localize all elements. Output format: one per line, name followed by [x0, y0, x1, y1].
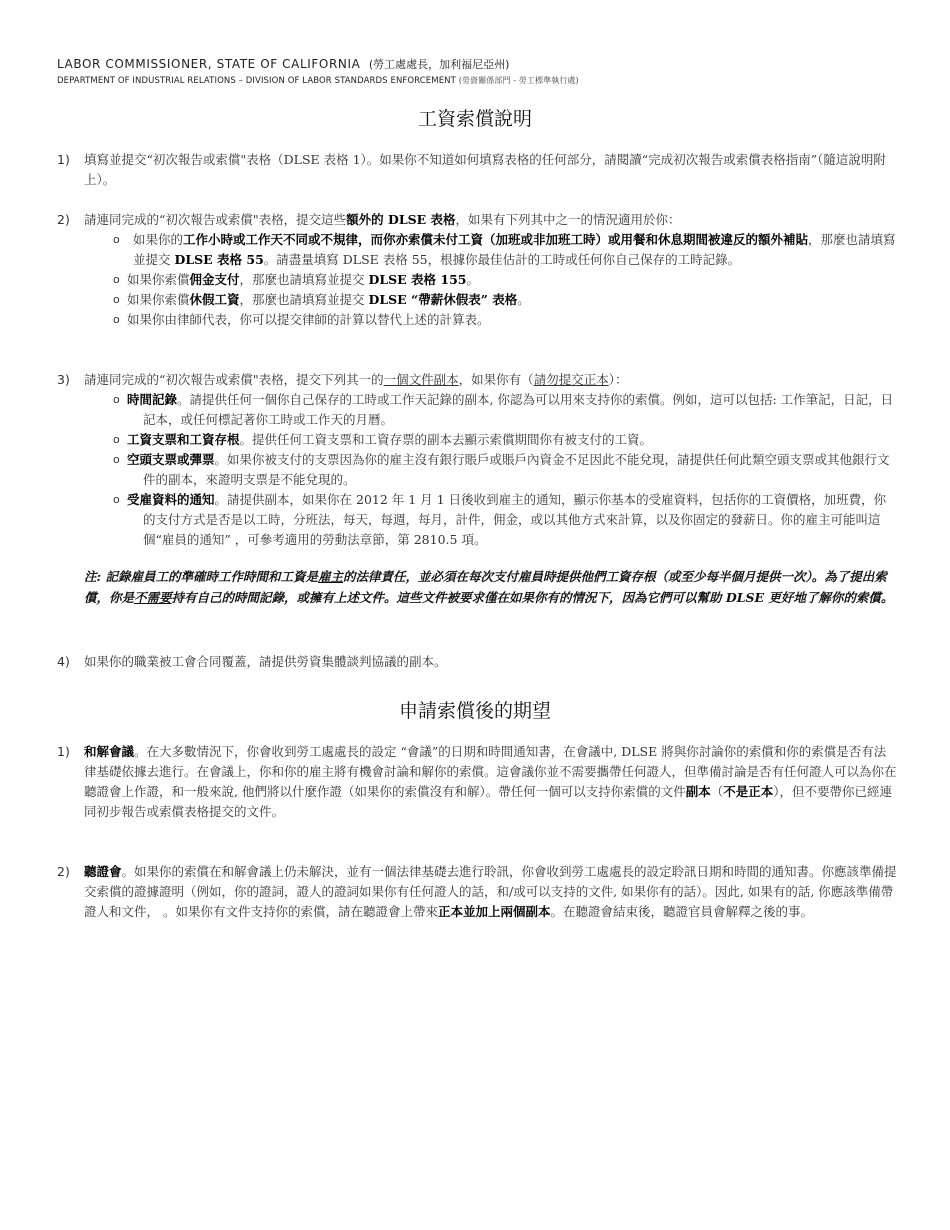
item-heading: 聽證會	[84, 864, 122, 879]
text-run: 請連同完成的“初次報告或索償"表格，提交下列其一的	[84, 372, 384, 387]
item-text: 和解會議。在大多數情況下，你會收到勞工處處長的設定 “會議”的日期和時間通知書，…	[84, 742, 897, 822]
text-run: 。在聽證會結束後，聽證官員會解釋之後的事。	[551, 904, 814, 919]
text-run: 。提供任何工資支票和工資存票的副本去顯示索償期間你有被支付的工資。	[240, 432, 653, 447]
instruction-item-2: 2) 請連同完成的“初次報告或索償"表格，提交這些額外的 DLSE 表格，如果有…	[57, 210, 897, 330]
sub-bullet: o 如果你的工作小時或工作天不同或不規律，而你亦索償未付工資（加班或非加班工時）…	[113, 230, 897, 270]
instruction-item-4: 4) 如果你的職業被工會合同覆蓋，請提供勞資集體談判協議的副本。	[57, 652, 897, 672]
bullet-text: 空頭支票或彈票。如果你被支付的支票因為你的雇主沒有銀行賬戶或賬戶內資金不足因此不…	[143, 450, 897, 490]
bold-text: DLSE 表格 155	[369, 272, 467, 287]
bullet-icon: o	[113, 430, 120, 450]
sub-bullet: o 時間記錄。請提供任何一個你自己保存的工時或工作天記錄的副本, 你認為可以用來…	[113, 390, 897, 430]
instruction-item-3: 3) 請連同完成的“初次報告或索償"表格，提交下列其一的一個文件副本，如果你有（…	[57, 370, 897, 550]
bold-text: 副本	[686, 784, 711, 799]
bullet-text: 受雇資料的通知。請提供副本，如果你在 2012 年 1 月 1 日後收到雇主的通…	[143, 490, 897, 550]
sub-bullet: o 空頭支票或彈票。如果你被支付的支票因為你的雇主沒有銀行賬戶或賬戶內資金不足因…	[113, 450, 897, 490]
text-run: 請連同完成的“初次報告或索償"表格，提交這些	[84, 212, 346, 227]
bullet-icon: o	[113, 230, 120, 250]
text-run: ）：	[609, 372, 628, 387]
text-run: 。請盡量填寫 DLSE 表格 55，根據你最佳估計的工時或任何你自己保存的工時記…	[264, 252, 740, 267]
agency-header: LABOR COMMISSIONER, STATE OF CALIFORNIA …	[57, 56, 509, 72]
item-number: 2)	[57, 210, 81, 230]
item-text: 如果你的職業被工會合同覆蓋，請提供勞資集體談判協議的副本。	[84, 652, 897, 672]
department-name-zh: (勞資關係部門 - 勞工標準執行處)	[459, 76, 579, 85]
item-heading: 和解會議	[84, 744, 134, 759]
sub-bullet: o 工資支票和工資存根。提供任何工資支票和工資存票的副本去顯示索償期間你有被支付…	[113, 430, 897, 450]
item-text: 聽證會。如果你的索償在和解會議上仍未解決，並有一個法律基礎去進行聆訊，你會收到勞…	[84, 862, 897, 922]
bold-text: 工資支票和工資存根	[127, 432, 240, 447]
department-name-en: DEPARTMENT OF INDUSTRIAL RELATIONS – DIV…	[57, 76, 456, 86]
bullet-icon: o	[113, 450, 120, 470]
item-text: 請連同完成的“初次報告或索償"表格，提交下列其一的一個文件副本，如果你有（請勿提…	[84, 370, 897, 390]
bullet-icon: o	[113, 310, 120, 330]
section-title-instructions: 工資索償說明	[0, 104, 950, 131]
bold-text: DLSE “帶薪休假表” 表格	[369, 292, 518, 307]
bold-text: 工作小時或工作天不同或不規律，而你亦索償未付工資（加班或非加班工時）或用餐和休息…	[183, 232, 808, 247]
bullet-text: 如果你索償佣金支付，那麼也請填寫並提交 DLSE 表格 155。	[127, 270, 897, 290]
bold-text: 時間記錄	[127, 392, 177, 407]
agency-name-zh: (勞工處處長，加利福尼亞州)	[369, 58, 510, 71]
text-run: 。請提供任何一個你自己保存的工時或工作天記錄的副本, 你認為可以用來支持你的索償…	[143, 392, 893, 427]
section-title-expectations: 申請索償後的期望	[0, 696, 950, 723]
expectation-item-1: 1) 和解會議。在大多數情況下，你會收到勞工處處長的設定 “會議”的日期和時間通…	[57, 742, 897, 822]
bold-text: 受雇資料的通知	[127, 492, 215, 507]
underlined-text: 雇主	[318, 569, 343, 584]
bullet-icon: o	[113, 390, 120, 410]
bold-text: 額外的 DLSE 表格	[346, 212, 455, 227]
bold-text: 佣金支付	[190, 272, 240, 287]
text-run: 持有自己的時間記錄，或擁有上述文件。這些文件被要求僅在如果你有的情況下，因為它們…	[172, 590, 894, 605]
bullet-text: 如果你索償休假工資，那麼也請填寫並提交 DLSE “帶薪休假表” 表格。	[127, 290, 897, 310]
document-page: LABOR COMMISSIONER, STATE OF CALIFORNIA …	[0, 0, 950, 1230]
bullet-icon: o	[113, 270, 120, 290]
text-run: 。	[467, 272, 480, 287]
underlined-text: 不需要	[134, 590, 172, 605]
item-text: 填寫並提交“初次報告或索償"表格（DLSE 表格 1）。如果你不知道如何填寫表格…	[84, 150, 897, 190]
underlined-text: 一個文件副本	[384, 372, 459, 387]
bold-text: 不是正本	[723, 784, 773, 799]
bullet-icon: o	[113, 290, 120, 310]
expectation-item-2: 2) 聽證會。如果你的索償在和解會議上仍未解決，並有一個法律基礎去進行聆訊，你會…	[57, 862, 897, 922]
bullet-text: 如果你由律師代表，你可以提交律師的計算以替代上述的計算表。	[127, 310, 897, 330]
text-run: 。如果你被支付的支票因為你的雇主沒有銀行賬戶或賬戶內資金不足因此不能兌現，請提供…	[143, 452, 890, 487]
sub-bullet: o 如果你索償休假工資，那麼也請填寫並提交 DLSE “帶薪休假表” 表格。	[113, 290, 897, 310]
bullet-text: 時間記錄。請提供任何一個你自己保存的工時或工作天記錄的副本, 你認為可以用來支持…	[143, 390, 897, 430]
item-number: 3)	[57, 370, 81, 390]
bold-text: 休假工資	[190, 292, 240, 307]
text-run: ，那麼也請填寫並提交	[240, 292, 369, 307]
sub-bullet: o 如果你由律師代表，你可以提交律師的計算以替代上述的計算表。	[113, 310, 897, 330]
instruction-item-1: 1) 填寫並提交“初次報告或索償"表格（DLSE 表格 1）。如果你不知道如何填…	[57, 150, 897, 190]
bullet-icon: o	[113, 490, 120, 510]
text-run: 。	[517, 292, 530, 307]
bold-text: DLSE 表格 55	[174, 252, 263, 267]
sub-bullet: o 如果你索償佣金支付，那麼也請填寫並提交 DLSE 表格 155。	[113, 270, 897, 290]
item-number: 1)	[57, 150, 81, 170]
text-run: 注: 記錄雇員工的準確時工作時間和工資是	[84, 569, 318, 584]
bold-text: 正本並加上兩個副本	[438, 904, 551, 919]
text-run: 如果你索償	[127, 292, 190, 307]
text-run: 。請提供副本，如果你在 2012 年 1 月 1 日後收到雇主的通知，顯示你基本…	[143, 492, 886, 547]
note-paragraph: 注: 記錄雇員工的準確時工作時間和工資是雇主的法律責任，並必須在每次支付雇員時提…	[84, 566, 896, 608]
underlined-text: 請勿提交正本	[534, 372, 609, 387]
sub-bullet: o 受雇資料的通知。請提供副本，如果你在 2012 年 1 月 1 日後收到雇主…	[113, 490, 897, 550]
item-number: 1)	[57, 742, 81, 762]
bold-text: 空頭支票或彈票	[127, 452, 215, 467]
text-run: ，那麼也請填寫並提交	[240, 272, 369, 287]
item-text: 請連同完成的“初次報告或索償"表格，提交這些額外的 DLSE 表格，如果有下列其…	[84, 210, 897, 230]
item-number: 2)	[57, 862, 81, 882]
text-run: （	[711, 784, 724, 799]
agency-name-en: LABOR COMMISSIONER, STATE OF CALIFORNIA	[57, 57, 360, 71]
department-header: DEPARTMENT OF INDUSTRIAL RELATIONS – DIV…	[57, 75, 579, 86]
text-run: 如果你索償	[127, 272, 190, 287]
text-run: ，如果你有（	[459, 372, 534, 387]
bullet-text: 如果你的工作小時或工作天不同或不規律，而你亦索償未付工資（加班或非加班工時）或用…	[133, 230, 897, 270]
text-run: ，如果有下列其中之一的情況適用於你：	[456, 212, 681, 227]
bullet-text: 工資支票和工資存根。提供任何工資支票和工資存票的副本去顯示索償期間你有被支付的工…	[143, 430, 897, 450]
item-number: 4)	[57, 652, 81, 672]
text-run: 如果你的	[133, 232, 183, 247]
